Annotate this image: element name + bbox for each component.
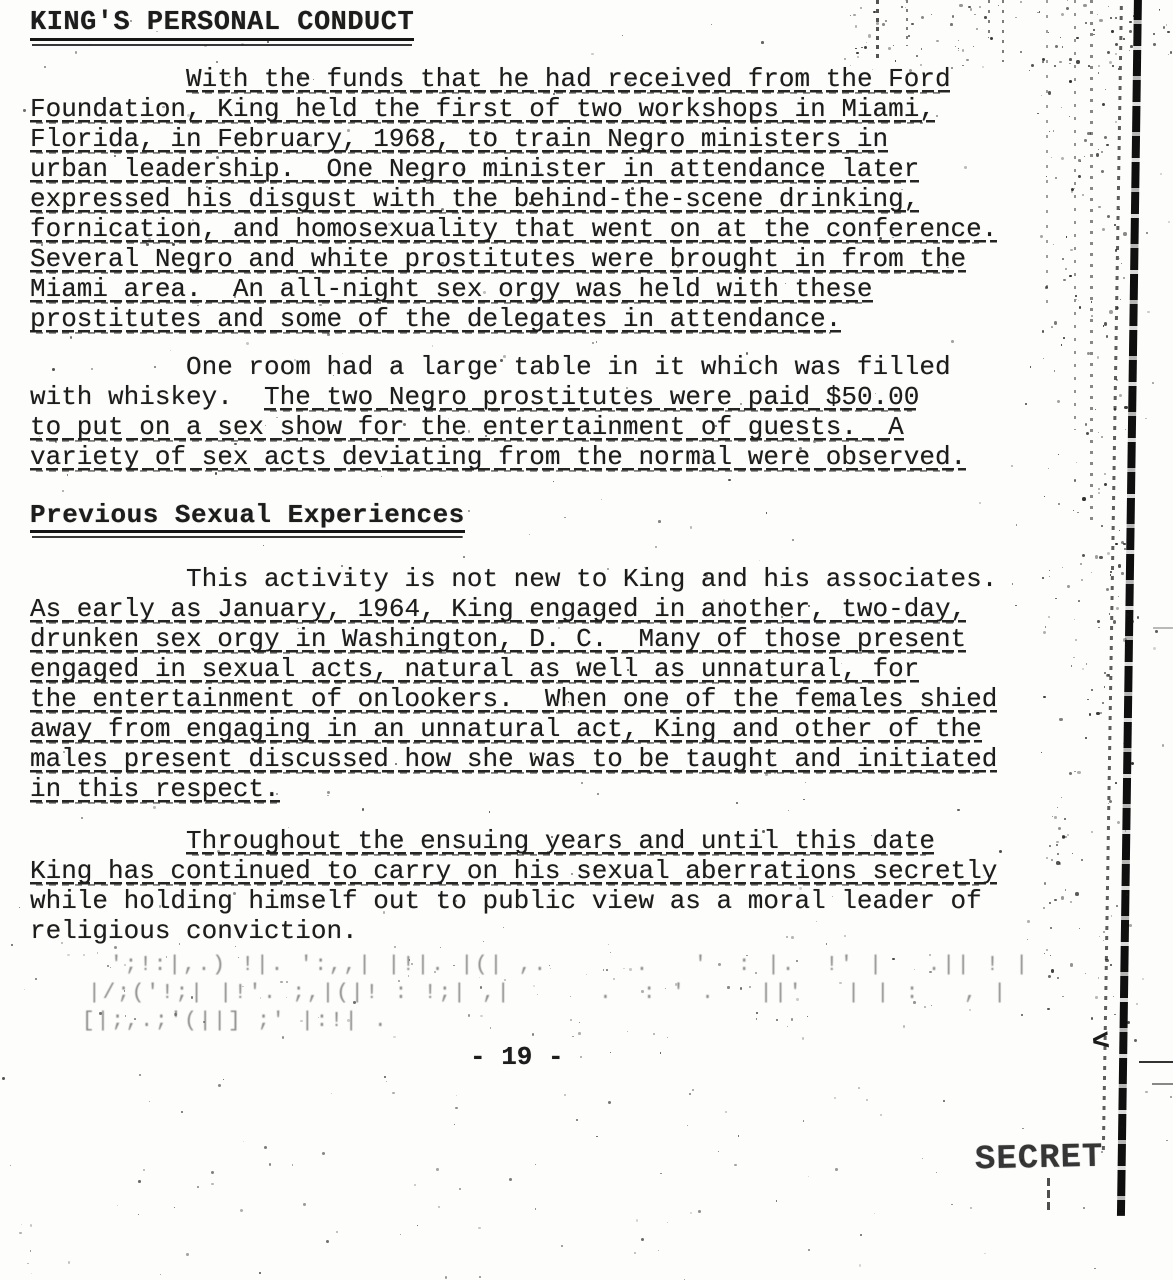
speck [658, 1250, 659, 1251]
speck [1163, 26, 1166, 29]
smudge-row: |/;('!;| |!'. ;,|(|! : !;| ,| . : ' . ||… [30, 980, 1130, 1008]
underlined-text: in this respect. [30, 774, 280, 804]
underlined-text: Foundation, King held the first of two w… [30, 94, 935, 124]
secret-stamp: SECRET [975, 1139, 1104, 1180]
text-line: to put on a sex show for the entertainme… [30, 412, 1130, 442]
speck [692, 1089, 694, 1091]
speck [264, 1146, 267, 1149]
underlined-text: As early as January, 1964, King engaged … [30, 594, 966, 624]
speck [336, 1231, 338, 1233]
speck [2, 1077, 5, 1080]
underlined-text: to put on a sex show for the entertainme… [30, 412, 904, 442]
speck [951, 1204, 953, 1206]
text-line: This activity is not new to King and his… [30, 564, 1130, 594]
speck [149, 1101, 150, 1102]
speck [138, 1180, 141, 1183]
speck [27, 1263, 29, 1265]
underlined-text: Miami area. An all-night sex orgy was he… [30, 274, 873, 304]
speck [634, 1252, 636, 1254]
plain-text: with whiskey. [30, 382, 264, 412]
text-line: fornication, and homosexuality that went… [30, 214, 1130, 244]
speck [243, 1141, 244, 1142]
speck [211, 1183, 214, 1186]
text-line: As early as January, 1964, King engaged … [30, 594, 1130, 624]
speck [414, 1184, 416, 1186]
speck [1166, 1140, 1168, 1142]
underlined-text: The two Negro prostitutes were paid $50.… [264, 382, 919, 412]
speck [1022, 1128, 1023, 1129]
speck [1162, 744, 1165, 747]
text-line: Foundation, King held the first of two w… [30, 94, 1130, 124]
stamp-dash-mark [1047, 1178, 1050, 1214]
speck [1167, 31, 1170, 34]
speck [1138, 59, 1140, 61]
text-line: variety of sex acts deviating from the n… [30, 442, 1130, 472]
speck [1145, 1091, 1148, 1094]
margin-tick-mark [1153, 627, 1173, 629]
speck [860, 1234, 862, 1236]
speck [984, 1253, 985, 1254]
speck [1130, 287, 1133, 290]
speck [1160, 173, 1162, 175]
speck [776, 1200, 778, 1202]
text-line: Several Negro and white prostitutes were… [30, 244, 1130, 274]
speck [808, 1176, 809, 1177]
plain-text: religious conviction. [30, 916, 358, 946]
speck [269, 1163, 271, 1165]
margin-chevron-mark: < [1090, 1025, 1111, 1061]
speck [718, 1151, 719, 1152]
speck [326, 1240, 329, 1243]
document-text-column: KING'S PERSONAL CONDUCT With the funds t… [0, 0, 1130, 1072]
heading-row: KING'S PERSONAL CONDUCT [30, 8, 1130, 48]
speck [943, 1100, 945, 1102]
speck [218, 1084, 221, 1087]
speck [181, 1111, 183, 1113]
underlined-text: away from engaging in an unnatural act, … [30, 714, 982, 744]
speck [1168, 221, 1170, 223]
speck [322, 1152, 325, 1155]
speck [138, 1214, 139, 1215]
speck [1139, 50, 1141, 52]
speck [1152, 382, 1154, 384]
text-line: One room had a large table in it which w… [30, 352, 1130, 382]
underlined-text: With the funds that he had received from… [186, 64, 951, 94]
speck [803, 1120, 804, 1121]
speck [641, 1238, 644, 1241]
speck [303, 1203, 305, 1205]
speck [10, 1165, 11, 1166]
speck [1168, 54, 1170, 56]
speck [834, 1097, 836, 1099]
speck [874, 1213, 876, 1215]
speck [561, 1245, 563, 1247]
speck [1159, 9, 1161, 11]
text-line: drunken sex orgy in Washington, D. C. Ma… [30, 624, 1130, 654]
speck [564, 1094, 566, 1096]
underlined-text: Several Negro and white prostitutes were… [30, 244, 966, 274]
document-page: KING'S PERSONAL CONDUCT With the funds t… [0, 0, 1173, 1280]
speck [1147, 311, 1150, 314]
speck [1155, 630, 1158, 633]
speck [936, 1172, 937, 1173]
plain-text: This activity is not new to King and his… [30, 564, 997, 594]
text-line: while holding himself out to public view… [30, 886, 1130, 916]
smudge-row: ';!:|,.) !|. ':,,| |!|. |(| ,. . ' : |. … [30, 952, 1130, 980]
speck [19, 1232, 22, 1235]
text-line: religious conviction. [30, 916, 1130, 946]
text-line: Miami area. An all-night sex orgy was he… [30, 274, 1130, 304]
speck [1153, 43, 1156, 46]
speck [1130, 45, 1133, 48]
plain-text: while holding himself out to public view… [30, 886, 982, 916]
bleedthrough-smudges: ';!:|,.) !|. ':,,| |!|. |(| ,. . ' : |. … [30, 952, 1130, 1036]
speck [689, 1093, 691, 1095]
underlined-text: Florida, in February, 1968, to train Neg… [30, 124, 888, 154]
underlined-text: the entertainment of onlookers. When one… [30, 684, 997, 714]
speck [596, 1136, 598, 1138]
speck [608, 1101, 611, 1104]
speck [1130, 498, 1132, 500]
text-line: away from engaging in an unnatural act, … [30, 714, 1130, 744]
speck [734, 1164, 737, 1167]
subheading-row: Previous Sexual Experiences [30, 500, 1130, 540]
page-number: - 19 - [30, 1042, 1130, 1072]
speck [866, 1099, 868, 1101]
speck [687, 1125, 689, 1127]
text-line: King has continued to carry on his sexua… [30, 856, 1130, 886]
underlined-text: males present discussed how she was to b… [30, 744, 997, 774]
speck [456, 1095, 457, 1096]
speck [417, 1225, 418, 1226]
subsection-heading: Previous Sexual Experiences [30, 500, 465, 538]
speck [292, 1164, 294, 1166]
speck [174, 1207, 175, 1208]
speck [576, 1119, 578, 1121]
smudge-row: [|;,.;'(||] ;' |:!| . [30, 1008, 1130, 1036]
speck [509, 1178, 512, 1181]
speck [858, 1087, 860, 1089]
text-line: prostitutes and some of the delegates in… [30, 304, 1130, 334]
speck [1137, 616, 1140, 619]
speck [1130, 388, 1134, 392]
speck [1083, 1207, 1085, 1209]
plain-text [30, 826, 186, 856]
underlined-text: expressed his disgust with the behind-th… [30, 184, 919, 214]
speck [1136, 1003, 1138, 1005]
speck [143, 1169, 145, 1171]
speck [725, 1111, 728, 1114]
text-line: the entertainment of onlookers. When one… [30, 684, 1130, 714]
speck [1133, 15, 1135, 17]
speck [636, 1219, 639, 1222]
speck [438, 1206, 440, 1208]
speck [835, 1168, 838, 1171]
speck [30, 1250, 32, 1252]
speck [259, 1272, 261, 1274]
speck [660, 1173, 662, 1175]
speck [117, 1205, 118, 1206]
speck [667, 1222, 669, 1224]
margin-tick-mark [1139, 1061, 1173, 1063]
speck [698, 1210, 701, 1213]
speck [690, 1212, 692, 1214]
speck [240, 1209, 243, 1212]
speck [1170, 51, 1173, 54]
speck [384, 1076, 386, 1078]
speck [68, 1261, 71, 1264]
speck [211, 1171, 214, 1174]
speck [535, 1164, 536, 1165]
text-line: expressed his disgust with the behind-th… [30, 184, 1130, 214]
paragraph-1964-washington: This activity is not new to King and his… [30, 564, 1130, 804]
speck [808, 1249, 810, 1251]
paragraph-ensuing-years: Throughout the ensuing years and until t… [30, 826, 1130, 946]
speck [1153, 33, 1155, 35]
speck [1134, 1039, 1137, 1042]
text-line: Florida, in February, 1968, to train Neg… [30, 124, 1130, 154]
speck [738, 1135, 740, 1137]
text-line: males present discussed how she was to b… [30, 744, 1130, 774]
plain-text: One room had a large table in it which w… [30, 352, 951, 382]
speck [970, 1207, 972, 1209]
speck [1159, 9, 1161, 11]
speck [478, 1227, 481, 1230]
underlined-text: engaged in sexual acts, natural as well … [30, 654, 919, 684]
speck [1166, 24, 1168, 26]
speck [454, 1124, 456, 1126]
underlined-text: prostitutes and some of the delegates in… [30, 304, 841, 334]
speck [459, 1188, 462, 1191]
underlined-text: variety of sex acts deviating from the n… [30, 442, 966, 472]
speck [331, 1093, 332, 1094]
speck [21, 1224, 22, 1225]
speck [386, 1081, 387, 1082]
speck [223, 1079, 224, 1080]
text-line: Throughout the ensuing years and until t… [30, 826, 1130, 856]
underlined-text: fornication, and homosexuality that went… [30, 214, 997, 244]
speck [1094, 1268, 1096, 1270]
speck [535, 1208, 536, 1209]
speck [1121, 1126, 1123, 1128]
speck [1145, 418, 1146, 419]
speck [1146, 232, 1148, 234]
text-line: in this respect. [30, 774, 1130, 804]
speck [479, 1276, 480, 1277]
speck [880, 1114, 882, 1116]
speck [436, 1168, 439, 1171]
speck [1153, 647, 1156, 650]
speck [31, 1273, 32, 1274]
text-line: engaged in sexual acts, natural as well … [30, 654, 1130, 684]
speck [1135, 50, 1137, 52]
speck [445, 1276, 448, 1279]
speck [197, 1186, 199, 1188]
speck [1131, 762, 1134, 765]
speck [859, 1264, 861, 1266]
underlined-text: drunken sex orgy in Washington, D. C. Ma… [30, 624, 966, 654]
plain-text [30, 64, 186, 94]
underlined-text: urban leadership. One Negro minister in … [30, 154, 919, 184]
speck [400, 1234, 401, 1235]
text-line: urban leadership. One Negro minister in … [30, 154, 1130, 184]
speck [922, 1158, 923, 1159]
text-line: with whiskey. The two Negro prostitutes … [30, 382, 1130, 412]
paragraph-miami-workshop: With the funds that he had received from… [30, 64, 1130, 334]
speck [186, 1253, 189, 1256]
underlined-text: King has continued to carry on his sexua… [30, 856, 997, 886]
speck [455, 1107, 458, 1110]
speck [30, 1224, 32, 1226]
speck [1170, 1096, 1172, 1098]
speck [139, 1074, 141, 1076]
speck [392, 1092, 395, 1095]
paragraph-whiskey-room: One room had a large table in it which w… [30, 352, 1130, 472]
speck [1131, 620, 1134, 623]
speck [160, 1274, 161, 1275]
text-line: With the funds that he had received from… [30, 64, 1130, 94]
section-heading: KING'S PERSONAL CONDUCT [30, 8, 414, 46]
underlined-text: Throughout the ensuing years and until t… [186, 826, 935, 856]
speck [1142, 978, 1144, 980]
margin-tick-mark [1152, 1083, 1173, 1085]
